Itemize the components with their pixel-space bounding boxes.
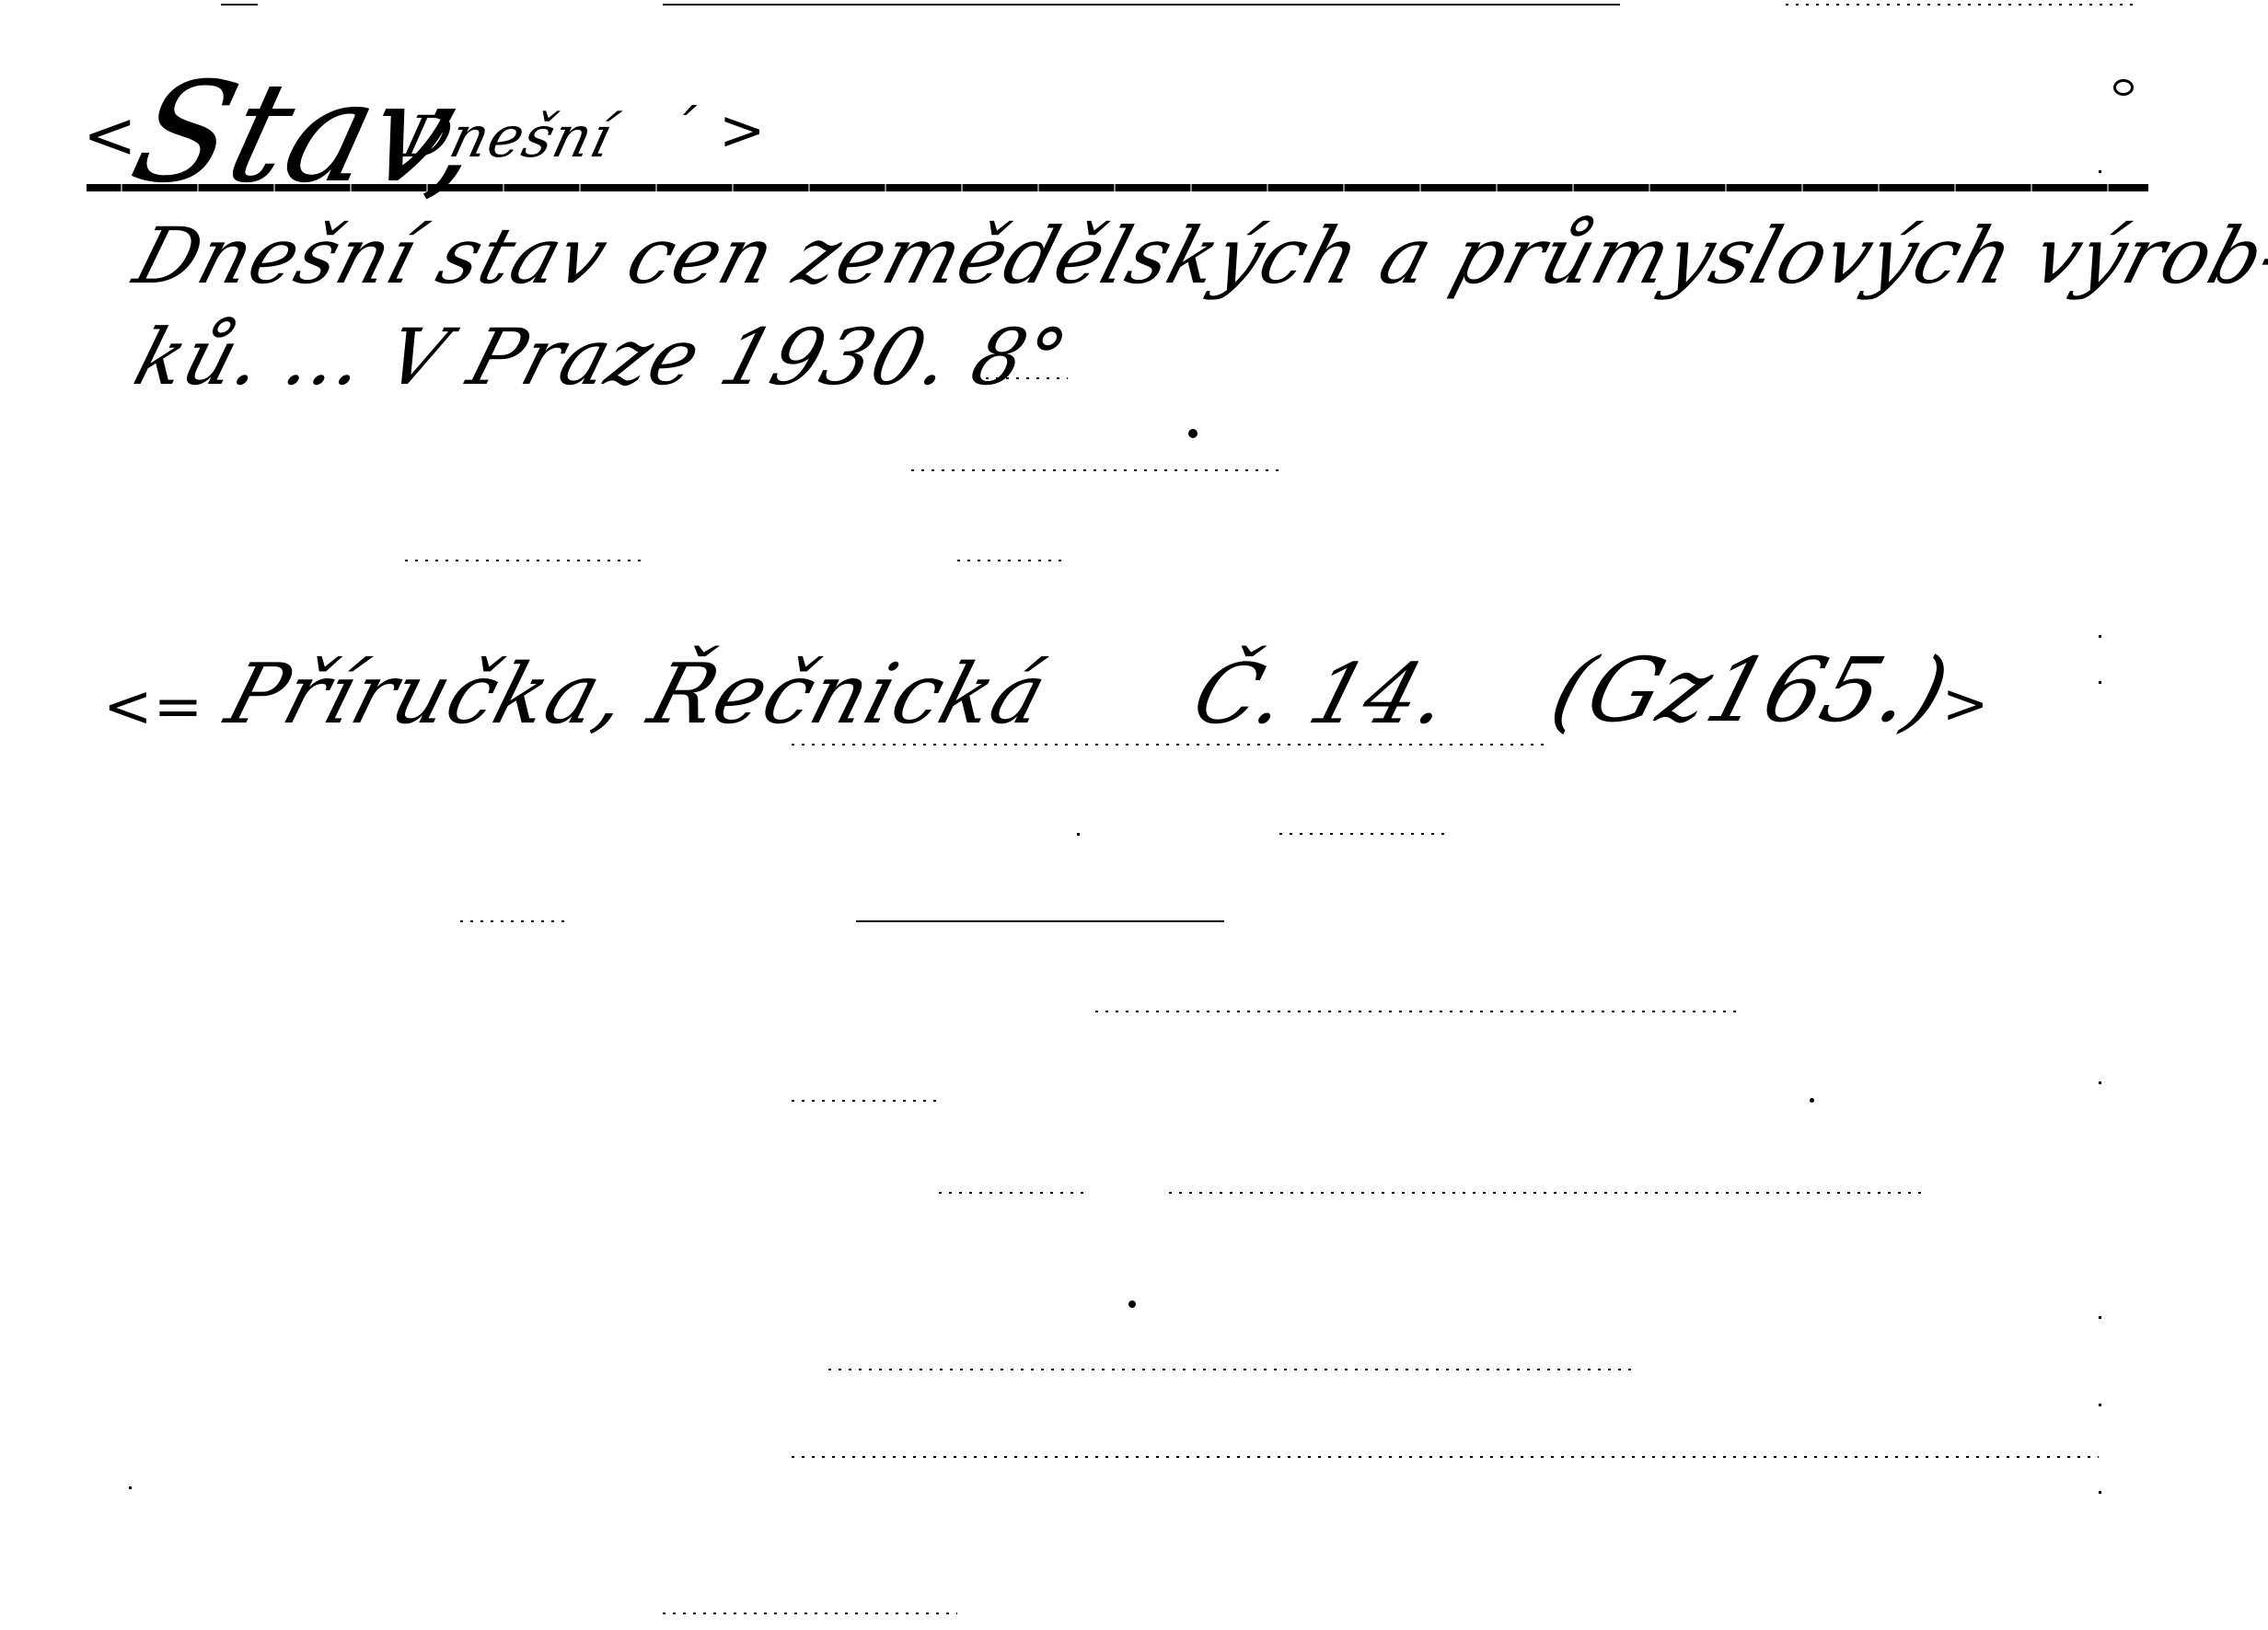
catalog-card: < Stav, Dnešní ́ > Dnešní stav cen zeměd… [0,0,2268,1630]
scan-artifact-line [976,377,1068,379]
scan-artifact-line [663,1613,957,1614]
scan-artifact-line [792,744,1546,746]
scan-artifact-line [792,1456,2099,1458]
heading-close-bracket: ́ > [700,103,766,158]
margin-tick [2099,1081,2101,1084]
ink-dot [1188,429,1198,438]
corner-circle-mark [2113,79,2134,96]
scan-artifact-line [460,920,571,922]
ink-dot [1810,1098,1814,1103]
title-line-2: ků. ... V Praze 1930. 8° [125,311,1078,403]
margin-tick [2099,170,2101,173]
scan-artifact-line [856,920,1224,922]
reference-signature: (Gz165.) [1540,635,1961,746]
scan-artifact-line [663,4,1620,6]
reference-number: Č. 14. [1182,644,1462,746]
margin-tick [2099,681,2101,684]
margin-tick [2099,635,2101,638]
scan-artifact-line [911,469,1279,471]
reference-series: Příručka, Řečnická [215,644,1058,746]
scan-artifact-line [828,1369,1638,1370]
scan-artifact-line [221,4,258,6]
margin-tick [2099,1491,2101,1494]
heading-sub-word: Dnešní [398,109,618,166]
scan-artifact-line [939,1192,1086,1194]
scan-artifact-line [1786,4,2135,6]
rule-texture [87,184,2148,191]
reference-close-bracket: > [1942,672,1989,736]
margin-tick [129,1486,132,1489]
scan-artifact-line [1095,1011,1740,1012]
margin-tick [2099,1316,2101,1319]
title-line-1: Dnešní stav cen zemědělských a průmyslov… [125,210,2268,302]
scan-artifact-line [957,560,1068,561]
heading-open-bracket: < [83,103,138,168]
margin-tick [2099,1404,2101,1406]
scan-artifact-line [1279,833,1445,835]
margin-tick [1077,833,1080,836]
ink-dot [1128,1301,1136,1308]
reference-arrow: <= [103,670,203,744]
scan-artifact-line [405,560,644,561]
scan-artifact-line [1169,1192,1924,1194]
scan-artifact-line [792,1100,939,1102]
